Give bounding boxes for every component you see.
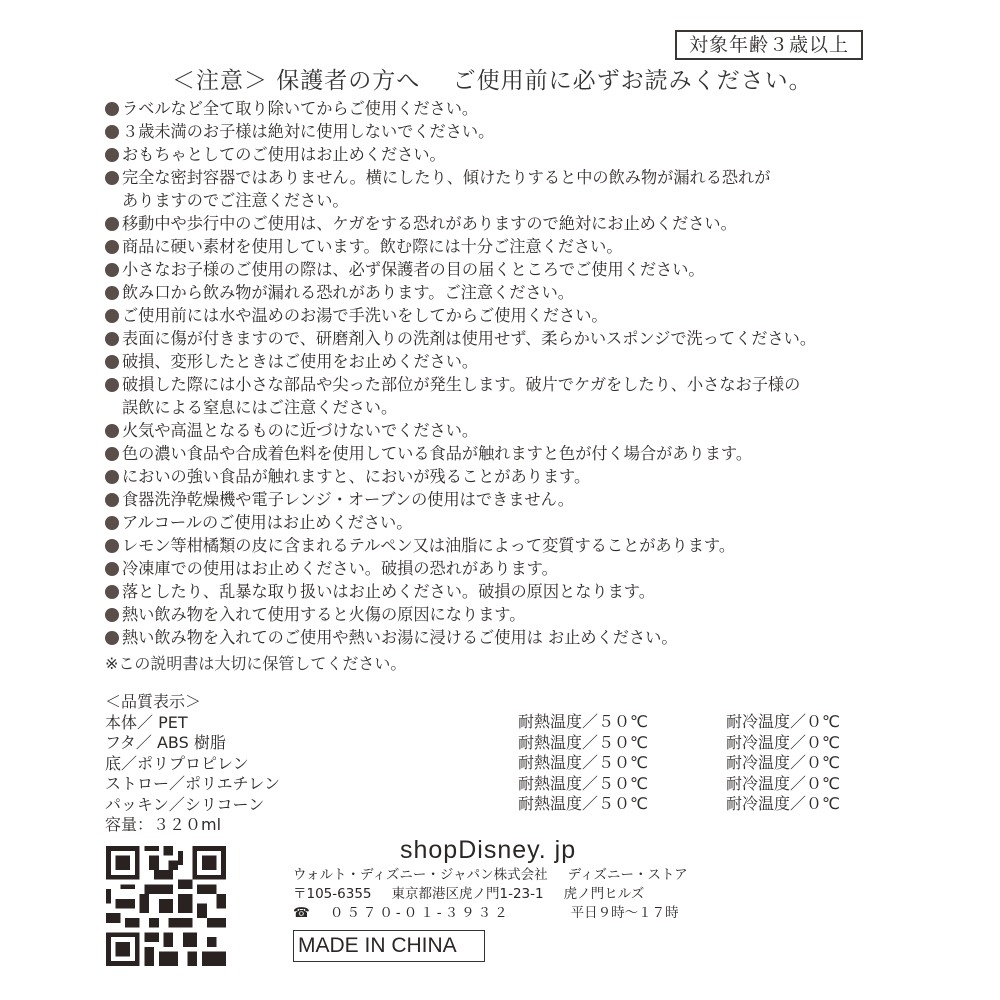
bullet-icon <box>105 493 119 507</box>
warning-text: アルコールのご使用はお止めください。 <box>122 513 412 532</box>
bullet-icon <box>105 332 119 346</box>
temp-row: 耐熱温度／５０℃耐冷温度／０℃ <box>518 733 840 754</box>
warning-text: おもちゃとしてのご使用はお止めください。 <box>122 145 446 164</box>
company-name: ウォルト・ディズニー・ジャパン株式会社 <box>293 867 548 883</box>
heat-resistance: 耐熱温度／５０℃ <box>518 753 726 774</box>
bullet-icon <box>105 240 119 254</box>
material-lid: フタ／ ABS 樹脂 <box>105 733 280 754</box>
cold-resistance: 耐冷温度／０℃ <box>726 774 840 793</box>
warning-item: 色の濃い食品や合成着色料を使用している食品が触れますと色が付く場合があります。 <box>105 442 905 465</box>
business-hours: 平日９時～１７時 <box>571 905 679 921</box>
heat-resistance: 耐熱温度／５０℃ <box>518 774 726 795</box>
warning-item: 破損、変形したときはご使用をお止めください。 <box>105 350 905 373</box>
bullet-icon <box>105 585 119 599</box>
bullet-icon <box>105 148 119 162</box>
building: 虎ノ門ヒルズ <box>564 886 645 902</box>
warning-text: 移動中や歩行中のご使用は、ケガをする恐れがありますので絶対にお止めください。 <box>122 214 737 233</box>
bullet-icon <box>105 631 119 645</box>
bullet-icon <box>105 424 119 438</box>
warning-item: 小さなお子様のご使用の際は、必ず保護者の目の届くところでご使用ください。 <box>105 258 905 281</box>
bullet-icon <box>105 309 119 323</box>
warning-item: 熱い飲み物を入れてのご使用や熱いお湯に浸けるご使用は お止めください。 <box>105 626 905 649</box>
keep-manual-note: ※この説明書は大切に保管してください。 <box>105 653 406 675</box>
warning-text: 冷凍庫での使用はお止めください。破損の恐れがあります。 <box>122 559 558 578</box>
warning-text: 破損、変形したときはご使用をお止めください。 <box>122 352 478 371</box>
warning-text: 色の濃い食品や合成着色料を使用している食品が触れますと色が付く場合があります。 <box>122 444 752 463</box>
warning-text: 食器洗浄乾燥機や電子レンジ・オーブンの使用はできません。 <box>122 490 574 509</box>
store-name: ディズニー・ストア <box>568 867 688 883</box>
warning-item: ３歳未満のお子様は絶対に使用しないでください。 <box>105 120 905 143</box>
warning-text-continued: ありますのでご注意ください。 <box>122 189 905 212</box>
warning-text: においの強い食品が触れますと、においが残ることがあります。 <box>122 467 590 486</box>
warning-list: ラベルなど全て取り除いてからご使用ください。３歳未満のお子様は絶対に使用しないで… <box>105 97 905 649</box>
temperature-table: 耐熱温度／５０℃耐冷温度／０℃ 耐熱温度／５０℃耐冷温度／０℃ 耐熱温度／５０℃… <box>518 712 840 815</box>
page-title: ＜注意＞ 保護者の方へ ご使用前に必ずお読みください。 <box>172 66 813 96</box>
phone-number: ０５７０-０１-３９３２ <box>330 905 511 921</box>
warning-text: 商品に硬い素材を使用しています。飲む際には十分ご注意ください。 <box>122 237 623 256</box>
bullet-icon <box>105 516 119 530</box>
postal-code: 〒105-6355 <box>293 886 372 902</box>
warning-item: 商品に硬い素材を使用しています。飲む際には十分ご注意ください。 <box>105 235 905 258</box>
capacity: 容量：３２０ml <box>105 815 280 836</box>
bullet-icon <box>105 470 119 484</box>
warning-item: 熱い飲み物を入れて使用すると火傷の原因になります。 <box>105 603 905 626</box>
phone-icon: ☎ <box>293 905 310 921</box>
warning-text: 熱い飲み物を入れて使用すると火傷の原因になります。 <box>122 605 525 624</box>
bullet-icon <box>105 263 119 277</box>
warning-text: 破損した際には小さな部品や尖った部位が発生します。破片でケガをしたり、小さなお子… <box>122 375 800 394</box>
website-link[interactable]: shopDisney. jp <box>400 836 576 865</box>
cold-resistance: 耐冷温度／０℃ <box>726 733 840 752</box>
warning-item: 落としたり、乱暴な取り扱いはお止めください。破損の原因となります。 <box>105 580 905 603</box>
bullet-icon <box>105 171 119 185</box>
temp-row: 耐熱温度／５０℃耐冷温度／０℃ <box>518 712 840 733</box>
warning-text: 小さなお子様のご使用の際は、必ず保護者の目の届くところでご使用ください。 <box>122 260 705 279</box>
quality-section: ＜品質表示＞ 本体／ PET フタ／ ABS 樹脂 底／ポリプロピレン ストロー… <box>105 692 280 836</box>
warning-item: 破損した際には小さな部品や尖った部位が発生します。破片でケガをしたり、小さなお子… <box>105 373 905 419</box>
warning-text: 飲み口から飲み物が漏れる恐れがあります。ご注意ください。 <box>122 283 574 302</box>
warning-item: においの強い食品が触れますと、においが残ることがあります。 <box>105 465 905 488</box>
temp-row: 耐熱温度／５０℃耐冷温度／０℃ <box>518 774 840 795</box>
heat-resistance: 耐熱温度／５０℃ <box>518 794 726 815</box>
warning-item: おもちゃとしてのご使用はお止めください。 <box>105 143 905 166</box>
warning-text-continued: 誤飲による窒息にはご注意ください。 <box>122 396 905 419</box>
material-straw: ストロー／ポリエチレン <box>105 774 280 795</box>
cold-resistance: 耐冷温度／０℃ <box>726 794 840 813</box>
quality-heading: ＜品質表示＞ <box>105 692 280 713</box>
warning-text: ご使用前には水や温めのお湯で手洗いをしてからご使用ください。 <box>122 306 608 325</box>
heat-resistance: 耐熱温度／５０℃ <box>518 712 726 733</box>
qr-code-icon[interactable] <box>106 846 226 966</box>
bullet-icon <box>105 608 119 622</box>
bullet-icon <box>105 447 119 461</box>
company-info: ウォルト・ディズニー・ジャパン株式会社ディズニー・ストア 〒105-6355東京… <box>293 866 688 923</box>
bullet-icon <box>105 539 119 553</box>
bullet-icon <box>105 355 119 369</box>
warning-text: ラベルなど全て取り除いてからご使用ください。 <box>122 99 478 118</box>
age-label: 対象年齢３歳以上 <box>675 30 863 60</box>
warning-text: 完全な密封容器ではありません。横にしたり、傾けたりすると中の飲み物が漏れる恐れが <box>122 168 770 187</box>
warning-item: 移動中や歩行中のご使用は、ケガをする恐れがありますので絶対にお止めください。 <box>105 212 905 235</box>
bullet-icon <box>105 378 119 392</box>
warning-item: 冷凍庫での使用はお止めください。破損の恐れがあります。 <box>105 557 905 580</box>
temp-row: 耐熱温度／５０℃耐冷温度／０℃ <box>518 753 840 774</box>
warning-item: アルコールのご使用はお止めください。 <box>105 511 905 534</box>
warning-item: ラベルなど全て取り除いてからご使用ください。 <box>105 97 905 120</box>
warning-text: 落としたり、乱暴な取り扱いはお止めください。破損の原因となります。 <box>122 582 655 601</box>
bullet-icon <box>105 217 119 231</box>
material-bottom: 底／ポリプロピレン <box>105 754 280 775</box>
bullet-icon <box>105 125 119 139</box>
cold-resistance: 耐冷温度／０℃ <box>726 712 840 731</box>
warning-text: 熱い飲み物を入れてのご使用や熱いお湯に浸けるご使用は お止めください。 <box>122 628 678 647</box>
address: 東京都港区虎ノ門1-23-1 <box>392 886 544 902</box>
material-packing: パッキン／シリコーン <box>105 795 280 816</box>
warning-text: 火気や高温となるものに近づけないでください。 <box>122 421 478 440</box>
warning-text: ３歳未満のお子様は絶対に使用しないでください。 <box>122 122 494 141</box>
cold-resistance: 耐冷温度／０℃ <box>726 753 840 772</box>
temp-row: 耐熱温度／５０℃耐冷温度／０℃ <box>518 794 840 815</box>
heat-resistance: 耐熱温度／５０℃ <box>518 733 726 754</box>
warning-item: 火気や高温となるものに近づけないでください。 <box>105 419 905 442</box>
warning-text: 表面に傷が付きますので、研磨剤入りの洗剤は使用せず、柔らかいスポンジで洗ってくだ… <box>122 329 816 348</box>
warning-item: 完全な密封容器ではありません。横にしたり、傾けたりすると中の飲み物が漏れる恐れが… <box>105 166 905 212</box>
bullet-icon <box>105 562 119 576</box>
warning-item: 食器洗浄乾燥機や電子レンジ・オーブンの使用はできません。 <box>105 488 905 511</box>
bullet-icon <box>105 102 119 116</box>
bullet-icon <box>105 286 119 300</box>
warning-item: 表面に傷が付きますので、研磨剤入りの洗剤は使用せず、柔らかいスポンジで洗ってくだ… <box>105 327 905 350</box>
material-body: 本体／ PET <box>105 713 280 734</box>
warning-item: レモン等柑橘類の皮に含まれるテルペン又は油脂によって変質することがあります。 <box>105 534 905 557</box>
warning-item: 飲み口から飲み物が漏れる恐れがあります。ご注意ください。 <box>105 281 905 304</box>
warning-text: レモン等柑橘類の皮に含まれるテルペン又は油脂によって変質することがあります。 <box>122 536 735 555</box>
made-in-label: MADE IN CHINA <box>293 930 485 962</box>
warning-item: ご使用前には水や温めのお湯で手洗いをしてからご使用ください。 <box>105 304 905 327</box>
